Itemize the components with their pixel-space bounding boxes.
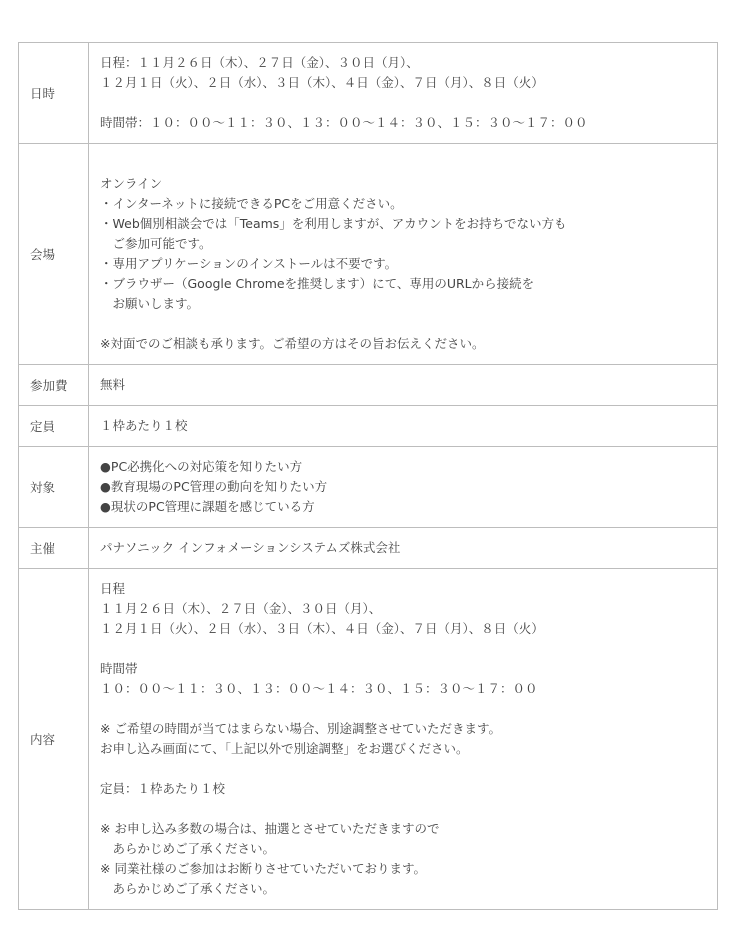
row-label: 参加費: [19, 365, 89, 406]
lottery-note: ※ お申し込み多数の場合は、抽選とさせていただきますので: [100, 819, 707, 839]
capacity-value: １枠あたり１校: [100, 416, 707, 436]
schedule-dates-line-1: 日程：１１月２６日（木）、２７日（金）、３０日（月）、: [100, 53, 707, 73]
organizer-name: パナソニック インフォメーションシステムズ株式会社: [100, 538, 707, 558]
spacer: [100, 639, 707, 659]
row-organizer: 主催 パナソニック インフォメーションシステムズ株式会社: [19, 528, 718, 569]
time-slots-line: 時間帯：１０：００～１１：３０、１３：００～１４：３０、１５：３０～１７：００: [100, 113, 707, 133]
target-item: ●教育現場のPC管理の動向を知りたい方: [100, 477, 707, 497]
venue-note: ・ブラウザー（Google Chromeを推奨します）にて、専用のURLから接続…: [100, 274, 707, 294]
spacer: [100, 93, 707, 113]
venue-note: ・Web個別相談会では「Teams」を利用しますが、アカウントをお持ちでない方も: [100, 214, 707, 234]
row-value-venue: オンライン ・インターネットに接続できるPCをご用意ください。 ・Web個別相談…: [89, 144, 718, 365]
row-value-organizer: パナソニック インフォメーションシステムズ株式会社: [89, 528, 718, 569]
spacer: [100, 699, 707, 719]
venue-type: オンライン: [100, 174, 707, 194]
row-value-content: 日程 １１月２６日（木）、２７日（金）、３０日（月）、 １２月１日（火）、２日（…: [89, 569, 718, 910]
row-value-target: ●PC必携化への対応策を知りたい方 ●教育現場のPC管理の動向を知りたい方 ●現…: [89, 447, 718, 528]
row-label: 日時: [19, 43, 89, 144]
time-slots-heading: 時間帯: [100, 659, 707, 679]
competitor-note: ※ 同業社様のご参加はお断りさせていただいております。: [100, 859, 707, 879]
schedule-dates-line-1: １１月２６日（木）、２７日（金）、３０日（月）、: [100, 599, 707, 619]
lottery-note: あらかじめご了承ください。: [100, 839, 707, 859]
row-venue: 会場 オンライン ・インターネットに接続できるPCをご用意ください。 ・Web個…: [19, 144, 718, 365]
schedule-dates-line-2: １２月１日（火）、２日（水）、３日（木）、４日（金）、７日（月）、８日（火）: [100, 73, 707, 93]
venue-note: ご参加可能です。: [100, 234, 707, 254]
row-label: 対象: [19, 447, 89, 528]
row-content: 内容 日程 １１月２６日（木）、２７日（金）、３０日（月）、 １２月１日（火）、…: [19, 569, 718, 910]
in-person-note: ※対面でのご相談も承ります。ご希望の方はその旨お伝えください。: [100, 334, 707, 354]
row-datetime: 日時 日程：１１月２６日（木）、２７日（金）、３０日（月）、 １２月１日（火）、…: [19, 43, 718, 144]
row-label: 内容: [19, 569, 89, 910]
row-value-capacity: １枠あたり１校: [89, 406, 718, 447]
row-label: 主催: [19, 528, 89, 569]
venue-note: ・専用アプリケーションのインストールは不要です。: [100, 254, 707, 274]
spacer: [100, 759, 707, 779]
spacer: [100, 154, 707, 174]
competitor-note: あらかじめご了承ください。: [100, 879, 707, 899]
venue-note: お願いします。: [100, 294, 707, 314]
adjust-note: お申し込み画面にて、「上記以外で別途調整」をお選びください。: [100, 739, 707, 759]
row-value-datetime: 日程：１１月２６日（木）、２７日（金）、３０日（月）、 １２月１日（火）、２日（…: [89, 43, 718, 144]
venue-note: ・インターネットに接続できるPCをご用意ください。: [100, 194, 707, 214]
row-target: 対象 ●PC必携化への対応策を知りたい方 ●教育現場のPC管理の動向を知りたい方…: [19, 447, 718, 528]
row-label: 定員: [19, 406, 89, 447]
time-slots-line: １０：００～１１：３０、１３：００～１４：３０、１５：３０～１７：００: [100, 679, 707, 699]
spacer: [100, 799, 707, 819]
row-capacity: 定員 １枠あたり１校: [19, 406, 718, 447]
spacer: [100, 314, 707, 334]
row-fee: 参加費 無料: [19, 365, 718, 406]
capacity-note: 定員：１枠あたり１校: [100, 779, 707, 799]
row-value-fee: 無料: [89, 365, 718, 406]
schedule-heading: 日程: [100, 579, 707, 599]
schedule-dates-line-2: １２月１日（火）、２日（水）、３日（木）、４日（金）、７日（月）、８日（火）: [100, 619, 707, 639]
event-info-table: 日時 日程：１１月２６日（木）、２７日（金）、３０日（月）、 １２月１日（火）、…: [18, 42, 718, 910]
target-item: ●PC必携化への対応策を知りたい方: [100, 457, 707, 477]
adjust-note: ※ ご希望の時間が当てはまらない場合、別途調整させていただきます。: [100, 719, 707, 739]
row-label: 会場: [19, 144, 89, 365]
target-item: ●現状のPC管理に課題を感じている方: [100, 497, 707, 517]
fee-value: 無料: [100, 375, 707, 395]
